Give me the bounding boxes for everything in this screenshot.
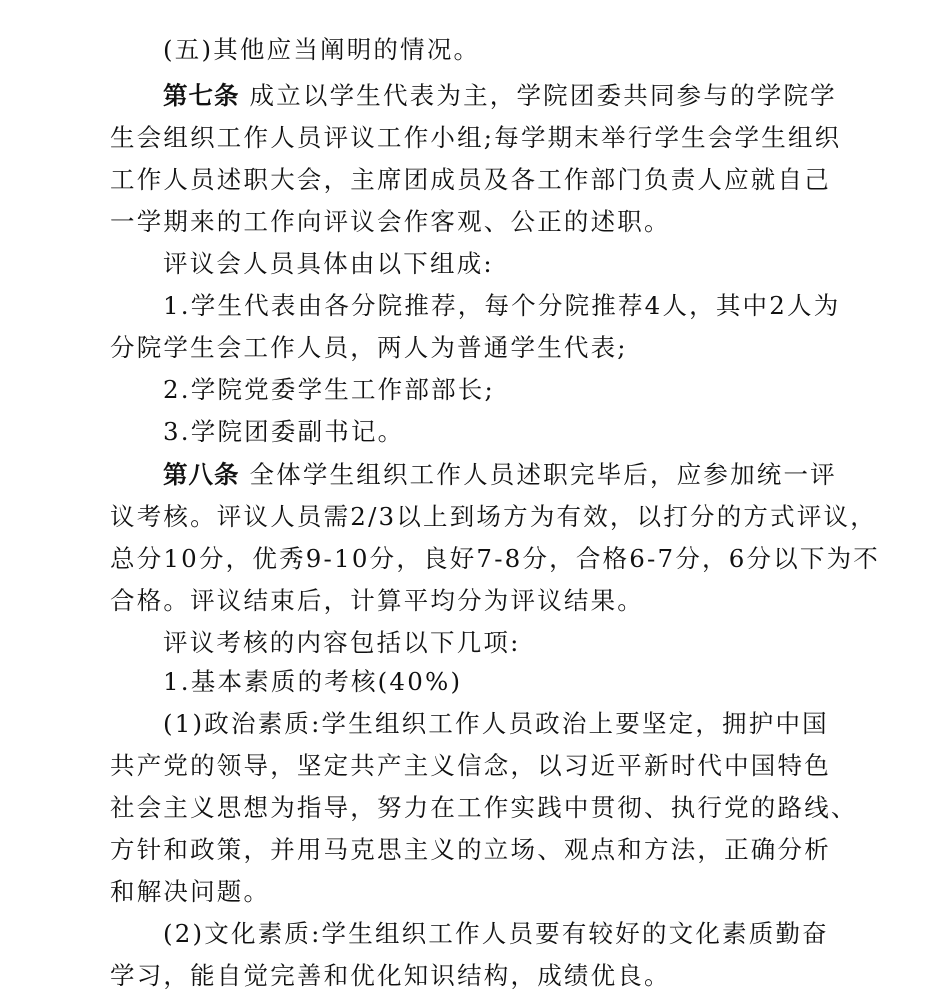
text-line: 总分10分，优秀9-10分，良好7-8分，合格6-7分，6分以下为不 [110,544,880,574]
line-text: 合格。评议结束后，计算平均分为评议结果。 [110,586,644,615]
text-line: (1)政治素质:学生组织工作人员政治上要坚定，拥护中国 [163,709,829,739]
text-line: (五)其他应当阐明的情况。 [163,35,480,65]
line-text: 3.学院团委副书记。 [163,417,404,446]
text-line: (2)文化素质:学生组织工作人员要有较好的文化素质勤奋 [163,919,829,949]
text-line: 生会组织工作人员评议工作小组;每学期末举行学生会学生组织 [110,123,841,153]
line-text: 全体学生组织工作人员述职完毕后，应参加统一评 [240,460,837,489]
line-text: 1.基本素质的考核(40%) [163,667,462,696]
text-line: 评议考核的内容包括以下几项: [163,628,521,658]
line-text: 和解决问题。 [110,877,270,906]
line-text: (1)政治素质:学生组织工作人员政治上要坚定，拥护中国 [163,709,829,738]
line-text: 议考核。评议人员需2/3以上到场方为有效，以打分的方式评议， [110,502,877,531]
text-line: 3.学院团委副书记。 [163,417,404,447]
line-text: 工作人员述职大会，主席团成员及各工作部门负责人应就自己 [110,165,831,194]
text-line: 合格。评议结束后，计算平均分为评议结果。 [110,586,644,616]
article-8-heading-line: 第八条 全体学生组织工作人员述职完毕后，应参加统一评 [163,460,837,490]
text-line: 学习，能自觉完善和优化知识结构，成绩优良。 [110,961,671,991]
line-text: (2)文化素质:学生组织工作人员要有较好的文化素质勤奋 [163,919,829,948]
line-text: 评议考核的内容包括以下几项: [163,628,521,657]
text-line: 和解决问题。 [110,877,270,907]
text-line: 1.基本素质的考核(40%) [163,667,462,697]
line-text: 1.学生代表由各分院推荐，每个分院推荐4人，其中2人为 [163,291,840,320]
text-line: 分院学生会工作人员，两人为普通学生代表; [110,333,628,363]
line-text: 社会主义思想为指导，努力在工作实践中贯彻、执行党的路线、 [110,793,858,822]
line-text: 分院学生会工作人员，两人为普通学生代表; [110,333,628,362]
text-line: 1.学生代表由各分院推荐，每个分院推荐4人，其中2人为 [163,291,840,321]
text-line: 方针和政策，并用马克思主义的立场、观点和方法，正确分析 [110,835,831,865]
text-line: 2.学院党委学生工作部部长; [163,375,495,405]
line-text: 2.学院党委学生工作部部长; [163,375,495,404]
line-text: 方针和政策，并用马克思主义的立场、观点和方法，正确分析 [110,835,831,864]
text-line: 共产党的领导，坚定共产主义信念，以习近平新时代中国特色 [110,751,831,781]
line-text: 生会组织工作人员评议工作小组;每学期末举行学生会学生组织 [110,123,841,152]
text-line: 一学期来的工作向评议会作客观、公正的述职。 [110,207,671,237]
line-text: (五)其他应当阐明的情况。 [163,35,480,64]
line-text: 成立以学生代表为主，学院团委共同参与的学院学 [240,81,837,110]
line-text: 总分10分，优秀9-10分，良好7-8分，合格6-7分，6分以下为不 [110,544,880,573]
article-number: 第八条 [163,460,240,489]
text-line: 议考核。评议人员需2/3以上到场方为有效，以打分的方式评议， [110,502,877,532]
article-7-heading-line: 第七条 成立以学生代表为主，学院团委共同参与的学院学 [163,81,837,111]
text-line: 评议会人员具体由以下组成: [163,249,494,279]
line-text: 共产党的领导，坚定共产主义信念，以习近平新时代中国特色 [110,751,831,780]
document-page: (五)其他应当阐明的情况。 第七条 成立以学生代表为主，学院团委共同参与的学院学… [0,0,927,997]
line-text: 评议会人员具体由以下组成: [163,249,494,278]
text-line: 工作人员述职大会，主席团成员及各工作部门负责人应就自己 [110,165,831,195]
line-text: 学习，能自觉完善和优化知识结构，成绩优良。 [110,961,671,990]
article-number: 第七条 [163,81,240,110]
text-line: 社会主义思想为指导，努力在工作实践中贯彻、执行党的路线、 [110,793,858,823]
line-text: 一学期来的工作向评议会作客观、公正的述职。 [110,207,671,236]
